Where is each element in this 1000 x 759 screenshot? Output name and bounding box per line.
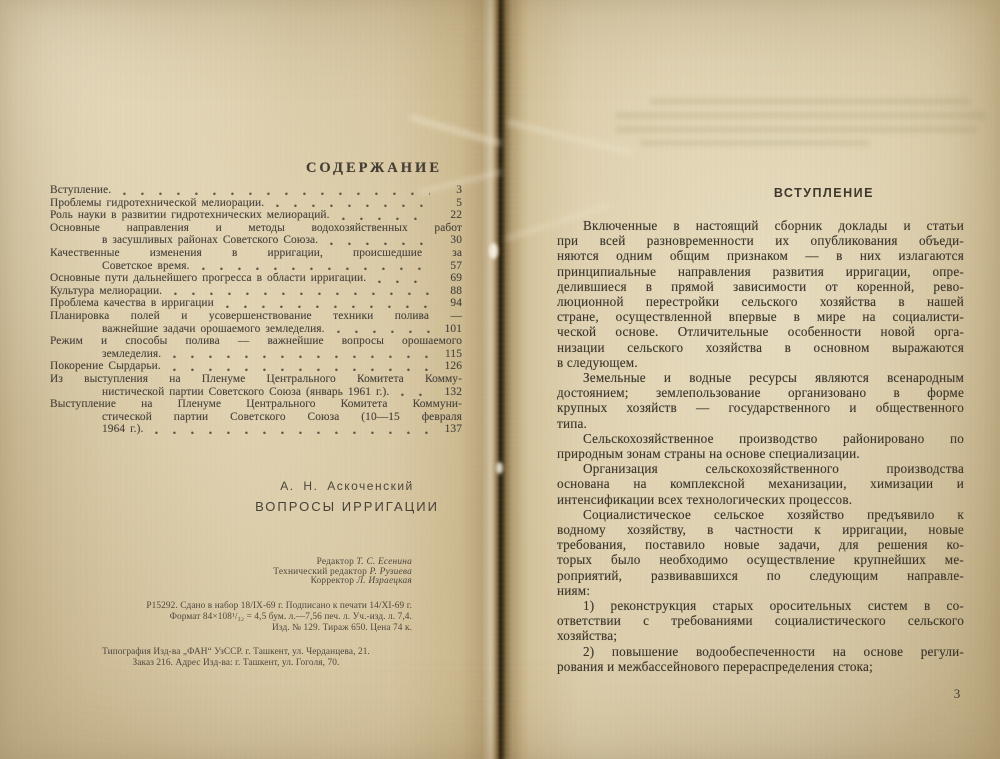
credits-block: Редактор Т. С. ЕсенинаТехнический редакт… [50,558,412,587]
dot-leader [226,299,430,309]
show-through-text [640,140,870,146]
toc-entry-last-line: Советское время.57 [50,260,462,273]
toc-entry-title: земледелия. [102,348,161,361]
toc-entry-last-line: Культура мелиорации.88 [50,285,462,298]
toc-entry: Проблема качества в ирригации94 [50,297,462,310]
dot-leader [174,286,430,296]
toc-entry-title: Роль науки в развитии гидротехнических м… [50,209,330,222]
paragraph: 2) повышение водообеспеченности на основ… [557,644,964,674]
body-line: крупных хозяйств — государственного и об… [557,400,964,415]
toc-entry-title: Советское время. [102,260,190,273]
body-line: в следующем. [557,355,964,370]
dot-leader [276,198,430,208]
toc-page-number: 126 [438,360,462,373]
toc-entry-line: Режим и способы полива — важнейшие вопро… [50,335,462,348]
body-line: Социалистическое сельское хозяйство пред… [557,507,964,522]
credit-name: Т. С. Есенина [357,557,412,567]
paragraph: Сельскохозяйственное производство райони… [557,431,964,461]
toc-entry-title: Покорение Сырдарьи. [50,360,161,373]
toc-entry: Качественные изменения в ирригации, прои… [50,247,462,272]
dot-leader [202,261,430,271]
toc-page-number: 132 [438,386,462,399]
body-line: основана на комплексной механизации, хим… [557,476,964,491]
book-title: ВОПРОСЫ ИРРИГАЦИИ [197,499,497,514]
imprint-block: Р15292. Сдано в набор 18/IX-69 г. Подпис… [50,601,412,634]
toc-page-number: 115 [438,348,462,361]
toc-entry-last-line: важнейшие задачи орошаемого земледелия.1… [50,323,462,336]
printer-line: Типография Изд-ва „ФАН“ УзССР. г. Ташкен… [55,647,417,658]
body-line: ческой основе. Отличительные особенности… [557,324,964,339]
toc-entry-last-line: в засушливых районах Советского Союза.30 [50,234,462,247]
body-line: роприятий, развивавшихся по следующим на… [557,568,964,583]
toc-entry-title: 1964 г.). [102,423,143,436]
body-line: типа. [557,416,964,431]
toc-entry: Роль науки в развитии гидротехнических м… [50,209,462,222]
imprint-line: Р15292. Сдано в набор 18/IX-69 г. Подпис… [50,601,412,612]
toc-page-number: 69 [438,272,462,285]
paragraph: Социалистическое сельское хозяйство пред… [557,507,964,598]
toc-entry-title: Проблема качества в ирригации [50,297,214,310]
toc-entry-title: Основные пути дальнейшего прогресса в об… [50,272,366,285]
page-number: 3 [945,686,969,702]
toc-entry: Покорение Сырдарьи.126 [50,360,462,373]
dot-leader [378,274,430,284]
body-line: при всей разновременности их опубликован… [557,233,964,248]
body-line: люционной перестройки сельского хозяйств… [557,294,964,309]
toc-page-number: 30 [438,234,462,247]
toc-entry-title: важнейшие задачи орошаемого земледелия. [102,323,325,336]
body-line: няются одним общим признаком — в них изл… [557,248,964,263]
author-name: А. Н. Аскоченский [197,479,497,493]
dot-leader [342,211,430,221]
show-through-text [615,126,977,133]
toc-entry: Вступление.3 [50,184,462,197]
paragraph: Земельные и водные ресурсы являются всен… [557,370,964,431]
toc-entry: Культура мелиорации.88 [50,285,462,298]
printer-line: Заказ 216. Адрес Изд-ва: г. Ташкент, ул.… [55,658,417,669]
toc-entry-last-line: земледелия.115 [50,348,462,361]
show-through-text [650,98,970,105]
toc-entry-last-line: Вступление.3 [50,184,462,197]
body-line: низации сельского хозяйства в основном в… [557,340,964,355]
dot-leader [330,236,430,246]
body-line: принципиальные направления развития ирри… [557,264,964,279]
toc-entry-title: в засушливых районах Советского Союза. [102,234,318,247]
printer-block: Типография Изд-ва „ФАН“ УзССР. г. Ташкен… [55,647,417,669]
body-line: Земельные и водные ресурсы являются всен… [557,370,964,385]
toc-page-number: 3 [438,184,462,197]
paragraph: Включенные в настоящий сборник доклады и… [557,218,964,370]
body-line: Включенные в настоящий сборник доклады и… [557,218,964,233]
toc-entry: Из выступления на Пленуме Центрального К… [50,373,462,398]
body-line: ниям: [557,583,964,598]
dot-leader [337,324,430,334]
body-line: стране, осуществленной впервые в мире на… [557,309,964,324]
body-line: делившиеся в прямой зависимости от корен… [557,279,964,294]
body-line: Сельскохозяйственное производство райони… [557,431,964,446]
body-line: интенсификации всех технологических проц… [557,492,964,507]
body-line: ответствии с требованиями социалистическ… [557,613,964,628]
toc-entry-last-line: Покорение Сырдарьи.126 [50,360,462,373]
toc-page-number: 5 [438,197,462,210]
toc-page-number: 94 [438,297,462,310]
imprint-line: Формат 84×108¹/₃₂ = 4,5 бум. л.—7,56 печ… [50,612,412,623]
toc-entry-last-line: Проблемы гидротехнической мелиорации.5 [50,197,462,210]
body-line: хозяйства; [557,628,964,643]
toc-entry-last-line: нистической партии Советского Союза (янв… [50,386,462,399]
body-line: торых было необходимо осуществление круп… [557,552,964,567]
toc-page-number: 137 [438,423,462,436]
toc-page-number: 88 [438,285,462,298]
paragraph: Организация сельскохозяйственного произв… [557,461,964,507]
toc-list: Вступление.3Проблемы гидротехнической ме… [50,184,462,436]
dot-leader [173,362,430,372]
dot-leader [155,425,430,435]
toc-heading: СОДЕРЖАНИЕ [50,160,462,177]
toc-entry-line: Основные направления и методы водохозяйс… [50,222,462,235]
toc-entry-line: Планировка полей и усовершенствование те… [50,310,462,323]
chapter-heading: ВСТУПЛЕНИЕ [559,186,919,200]
toc-entry-title: нистической партии Советского Союза (янв… [102,386,389,399]
body-line: требования, поставило новые задачи, для … [557,537,964,552]
toc-entry-line: Из выступления на Пленуме Центрального К… [50,373,462,386]
body-line: Организация сельскохозяйственного произв… [557,461,964,476]
credit-row: Корректор Л. Израецкая [50,577,412,587]
dot-leader [123,186,430,196]
toc-entry-last-line: Основные пути дальнейшего прогресса в об… [50,272,462,285]
body-line: водному хозяйству, в частности к ирригац… [557,522,964,537]
toc-entry: Основные пути дальнейшего прогресса в об… [50,272,462,285]
chapter-body: Включенные в настоящий сборник доклады и… [557,218,964,674]
body-line: рования и межбассейнового перераспределе… [557,659,964,674]
toc-entry: Режим и способы полива — важнейшие вопро… [50,335,462,360]
toc-entry: Проблемы гидротехнической мелиорации.5 [50,197,462,210]
toc-entry-line: Качественные изменения в ирригации, прои… [50,247,462,260]
left-page: СОДЕРЖАНИЕ Вступление.3Проблемы гидротех… [0,0,500,759]
toc-page-number: 22 [438,209,462,222]
toc-entry-last-line: 1964 г.).137 [50,423,462,436]
body-line: природным зонам страны на основе специал… [557,446,964,461]
imprint-line: Изд. № 129. Тираж 650. Цена 74 к. [50,623,412,634]
toc-entry: Основные направления и методы водохозяйс… [50,222,462,247]
toc-entry: Планировка полей и усовершенствование те… [50,310,462,335]
toc-entry-last-line: Проблема качества в ирригации94 [50,297,462,310]
book-spread: СОДЕРЖАНИЕ Вступление.3Проблемы гидротех… [0,0,1000,759]
body-line: достоянием; землепользование организован… [557,385,964,400]
toc-entry-title: Культура мелиорации. [50,285,162,298]
toc-page-number: 57 [438,260,462,273]
show-through-text [615,112,987,119]
dot-leader [401,387,430,397]
toc-entry-line: Выступление на Пленуме Центрального Коми… [50,398,462,411]
toc-entry-title: Проблемы гидротехнической мелиорации. [50,197,264,210]
toc-entry: Выступление на Пленуме Центрального Коми… [50,398,462,436]
right-page: ВСТУПЛЕНИЕ Включенные в настоящий сборни… [500,0,1000,759]
author-block: А. Н. Аскоченский ВОПРОСЫ ИРРИГАЦИИ [197,479,497,514]
toc-entry-line: стической партии Советского Союза (10—15… [50,411,462,424]
credit-name: Р. Рузиева [370,567,412,577]
toc-entry-last-line: Роль науки в развитии гидротехнических м… [50,209,462,222]
credit-name: Л. Израецкая [357,576,412,586]
toc-page-number: 101 [438,323,462,336]
dot-leader [173,349,430,359]
body-line: 1) реконструкция старых оросительных сис… [557,598,964,613]
body-line: 2) повышение водообеспеченности на основ… [557,644,964,659]
paragraph: 1) реконструкция старых оросительных сис… [557,598,964,644]
toc-entry-title: Вступление. [50,184,111,197]
